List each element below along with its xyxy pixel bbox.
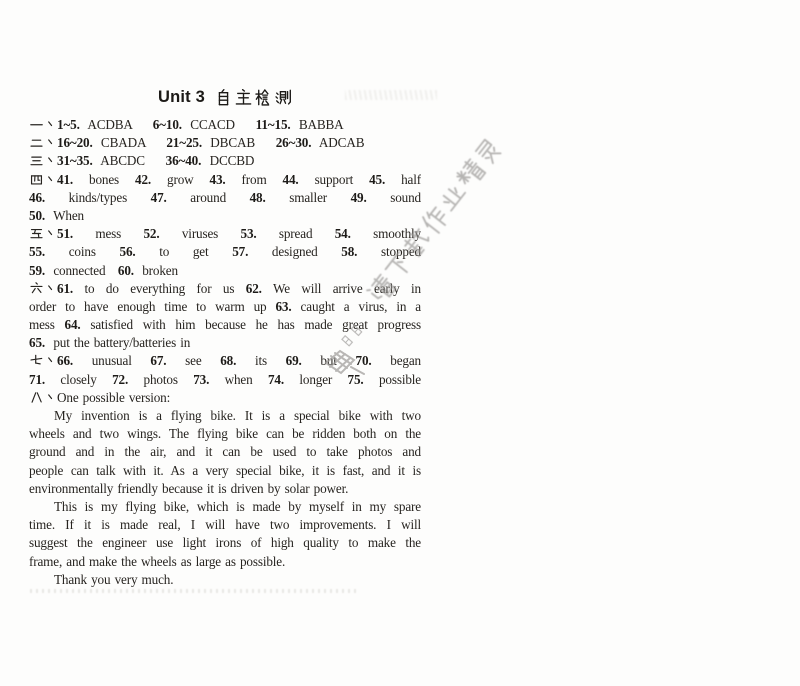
section-numeral (29, 226, 57, 241)
cjk-glyph-一 (30, 118, 43, 131)
scanned-answer-page: Unit 3 1~5. ACDBA 6~10. CCACD 11~15. BAB… (0, 0, 800, 686)
answer-line: people can talk with it. As a very speci… (29, 462, 421, 480)
answer-text: frame, and make the wheels as large as p… (29, 554, 285, 569)
cjk-glyph-六 (30, 282, 43, 295)
answer-line: Thank you very much. (29, 571, 421, 589)
answer-number: 50. (29, 208, 45, 223)
answer-text: suggest the engineer use light irons of … (29, 535, 421, 550)
cjk-glyph-、 (44, 136, 57, 149)
answer-number: 68. (220, 353, 236, 368)
scan-noise (30, 589, 360, 593)
answer-text: unusual (73, 353, 150, 368)
answer-line: 31~35. ABCDC 36~40. DCCBD (29, 152, 421, 170)
cjk-glyph-主 (235, 89, 252, 106)
answer-number: 51. (57, 226, 73, 241)
answer-number: 44. (283, 172, 299, 187)
cjk-glyph-测 (275, 89, 292, 106)
section-numeral (29, 153, 57, 168)
answer-text: around (167, 190, 250, 205)
unit-title-cn (214, 89, 292, 106)
answer-text: ABCDC (93, 153, 166, 168)
answer-number: 56. (120, 244, 136, 259)
answer-text: designed (248, 244, 341, 259)
answer-text: kinds/types (45, 190, 151, 205)
answer-text: broken (134, 263, 178, 278)
cjk-glyph-、 (44, 282, 57, 295)
answer-line: order to have enough time to warm up 63.… (29, 298, 421, 316)
answer-number: 45. (369, 172, 385, 187)
answer-line: time. If it is made real, I will have tw… (29, 516, 421, 534)
page-title: Unit 3 (29, 86, 421, 108)
answer-text: people can talk with it. As a very speci… (29, 463, 421, 478)
answer-line: This is my flying bike, which is made by… (29, 498, 421, 516)
section-numeral (29, 281, 57, 296)
cjk-glyph-三 (30, 154, 43, 167)
answer-text: bones (73, 172, 135, 187)
answer-text: ACDBA (80, 117, 153, 132)
cjk-glyph-二 (30, 136, 43, 149)
cjk-glyph-、 (44, 118, 57, 131)
answer-number: 54. (335, 226, 351, 241)
answer-text: BABBA (291, 117, 344, 132)
answer-line: 50. When (29, 207, 421, 225)
answer-text: Thank you very much. (54, 572, 173, 587)
answer-line: 46. kinds/types 47. around 48. smaller 4… (29, 189, 421, 207)
answer-number: 58. (341, 244, 357, 259)
answer-text: to do everything for us (73, 281, 246, 296)
answer-text: order to have enough time to warm up (29, 299, 275, 314)
answer-text: One possible version: (57, 390, 170, 405)
answer-text: to get (136, 244, 233, 259)
answer-text: When (45, 208, 84, 223)
answer-number: 48. (250, 190, 266, 205)
answer-text: see (166, 353, 220, 368)
answer-text: closely (45, 372, 112, 387)
answer-number: 57. (232, 244, 248, 259)
unit-title-en: Unit 3 (158, 88, 205, 107)
answer-line: ground and in the air, and it can be use… (29, 443, 421, 461)
answer-text: viruses (160, 226, 241, 241)
cjk-glyph-八 (30, 391, 43, 404)
answer-number: 71. (29, 372, 45, 387)
answer-text: mess (29, 317, 65, 332)
answer-line: 55. coins 56. to get 57. designed 58. st… (29, 243, 421, 261)
answer-text: spread (257, 226, 335, 241)
section-numeral (29, 172, 57, 187)
answer-line: environmentally friendly because it is d… (29, 480, 421, 498)
answer-text: DBCAB (202, 135, 276, 150)
answer-number: 43. (210, 172, 226, 187)
answer-line: wheels and two wings. The flying bike ca… (29, 425, 421, 443)
answer-line: 16~20. CBADA 21~25. DBCAB 26~30. ADCAB (29, 134, 421, 152)
answer-text: satisfied with him because he has made g… (81, 317, 421, 332)
answer-number: 31~35. (57, 153, 93, 168)
section-numeral (29, 135, 57, 150)
answer-line: My invention is a flying bike. It is a s… (29, 407, 421, 425)
cjk-glyph-、 (44, 391, 57, 404)
answer-line: 51. mess 52. viruses 53. spread 54. smoo… (29, 225, 421, 243)
cjk-glyph-、 (44, 154, 57, 167)
answer-number: 65. (29, 335, 45, 350)
answer-text: environmentally friendly because it is d… (29, 481, 348, 496)
answer-line: suggest the engineer use light irons of … (29, 534, 421, 552)
section-numeral (29, 353, 57, 368)
cjk-glyph-、 (44, 354, 57, 367)
cjk-glyph-自 (215, 89, 232, 106)
cjk-glyph-、 (44, 173, 57, 186)
answer-text: grow (151, 172, 209, 187)
answer-text: CBADA (93, 135, 167, 150)
answer-number: 60. (118, 263, 134, 278)
answer-text: My invention is a flying bike. It is a s… (54, 408, 421, 423)
answer-number: 59. (29, 263, 45, 278)
answer-text: caught a virus, in a (292, 299, 421, 314)
answer-text: when (209, 372, 268, 387)
answer-text: This is my flying bike, which is made by… (54, 499, 421, 514)
answer-number: 73. (193, 372, 209, 387)
answer-number: 67. (150, 353, 166, 368)
answer-text: DCCBD (201, 153, 254, 168)
answer-number: 61. (57, 281, 73, 296)
answer-line: 41. bones 42. grow 43. from 44. support … (29, 171, 421, 189)
answer-number: 72. (112, 372, 128, 387)
answer-number: 62. (246, 281, 262, 296)
answer-line: frame, and make the wheels as large as p… (29, 553, 421, 571)
answer-number: 63. (275, 299, 291, 314)
answer-number: 11~15. (256, 117, 291, 132)
answer-text: half (385, 172, 421, 187)
answer-line: One possible version: (29, 389, 421, 407)
cjk-glyph-四 (30, 173, 43, 186)
answer-text: CCACD (182, 117, 256, 132)
answer-number: 1~5. (57, 117, 80, 132)
watermark-crosshatch-icon (320, 347, 366, 377)
answer-text: time. If it is made real, I will have tw… (29, 517, 421, 532)
answer-text: wheels and two wings. The flying bike ca… (29, 426, 421, 441)
cjk-glyph-七 (30, 354, 43, 367)
answer-number: 36~40. (166, 153, 202, 168)
answer-text: began (372, 353, 421, 368)
answer-number: 6~10. (153, 117, 182, 132)
answer-text: sound (367, 190, 421, 205)
answer-text: ADCAB (311, 135, 364, 150)
answer-text: connected (45, 263, 118, 278)
cjk-glyph-、 (44, 227, 57, 240)
answer-text: put the battery/batteries in (45, 335, 190, 350)
answer-text: photos (128, 372, 193, 387)
answer-number: 26~30. (276, 135, 312, 150)
answer-number: 64. (65, 317, 81, 332)
answer-number: 55. (29, 244, 45, 259)
answer-line: 59. connected 60. broken (29, 262, 421, 280)
answer-number: 42. (135, 172, 151, 187)
answer-number: 21~25. (166, 135, 202, 150)
answer-text: coins (45, 244, 119, 259)
answer-number: 52. (143, 226, 159, 241)
answer-number: 69. (286, 353, 302, 368)
answer-text: smaller (266, 190, 351, 205)
answer-number: 16~20. (57, 135, 93, 150)
answer-text: its (236, 353, 285, 368)
answer-number: 47. (151, 190, 167, 205)
answer-line: 61. to do everything for us 62. We will … (29, 280, 421, 298)
answer-number: 53. (241, 226, 257, 241)
section-numeral (29, 390, 57, 405)
answer-line: 1~5. ACDBA 6~10. CCACD 11~15. BABBA (29, 116, 421, 134)
section-numeral (29, 117, 57, 132)
answer-text: possible (364, 372, 421, 387)
answer-text: support (299, 172, 369, 187)
answer-number: 41. (57, 172, 73, 187)
cjk-glyph-检 (255, 89, 272, 106)
answer-number: 49. (351, 190, 367, 205)
answer-text: from (226, 172, 283, 187)
answer-number: 46. (29, 190, 45, 205)
answer-number: 74. (268, 372, 284, 387)
answer-number: 66. (57, 353, 73, 368)
answer-text: mess (73, 226, 143, 241)
answer-text: ground and in the air, and it can be use… (29, 444, 421, 459)
cjk-glyph-五 (30, 227, 43, 240)
